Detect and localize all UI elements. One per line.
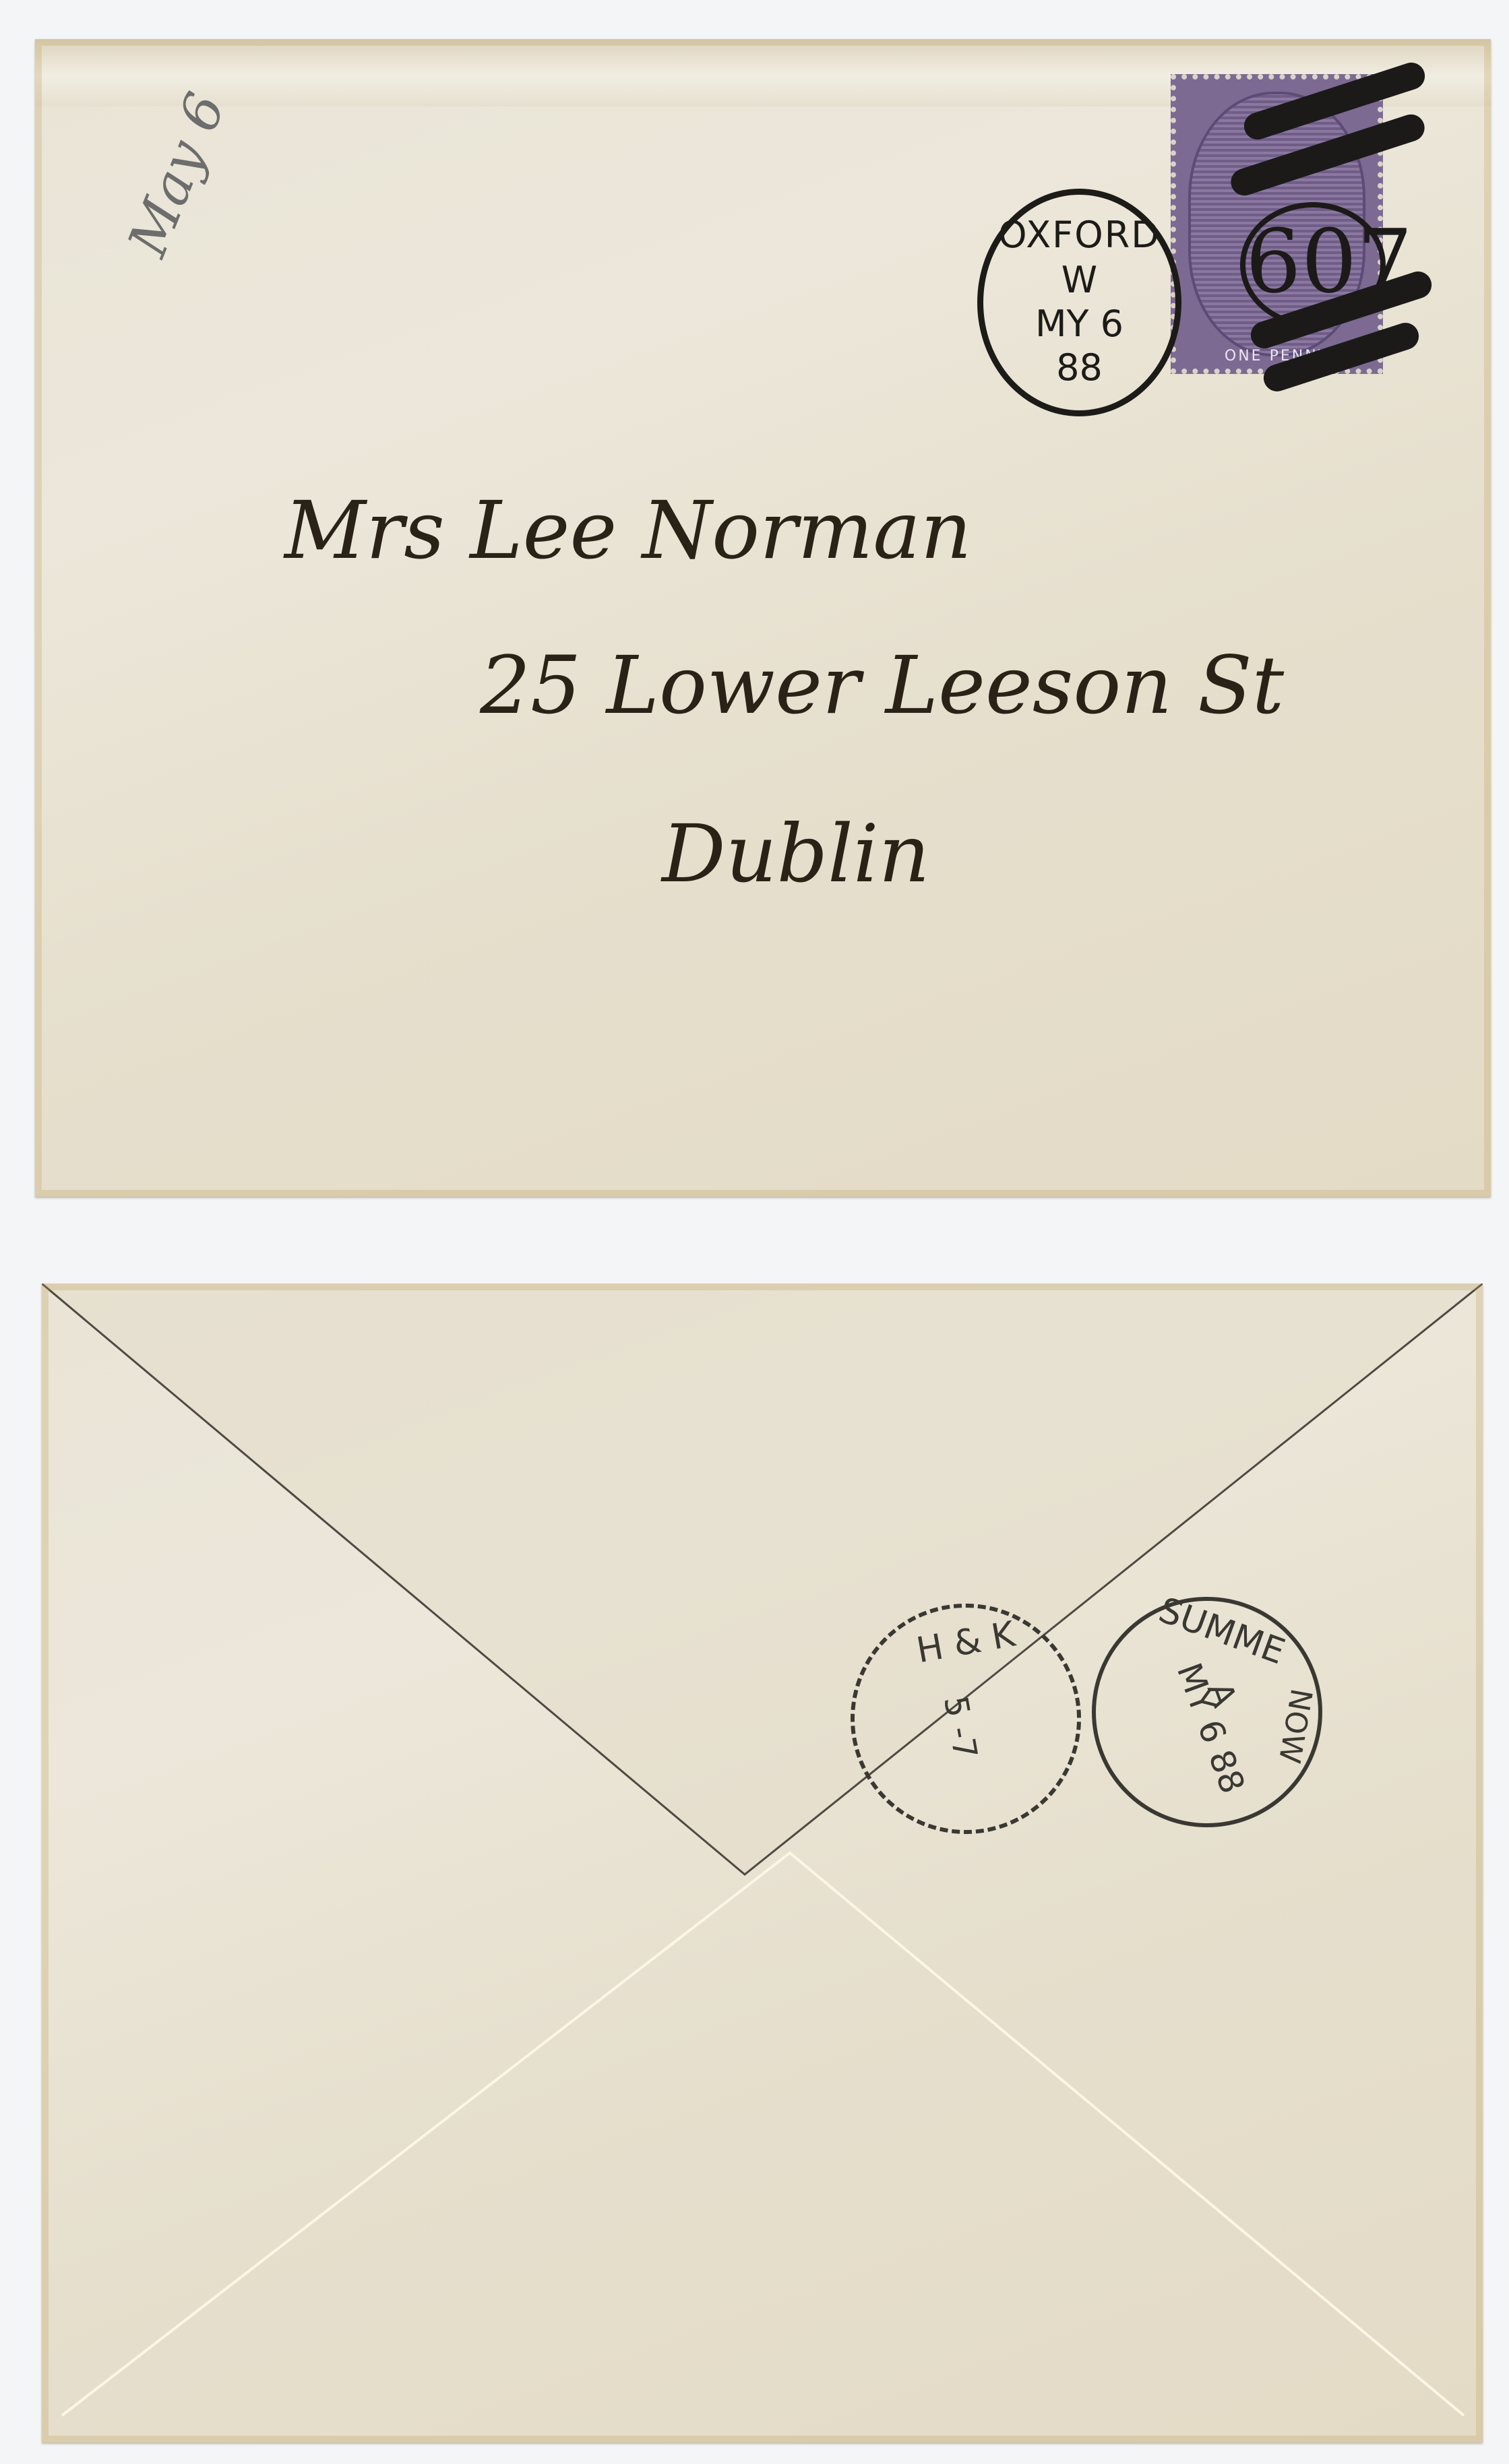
- backstamp-date: MY 6 88: [1169, 1658, 1252, 1799]
- address-street: 25 Lower Leeson St: [480, 639, 1284, 732]
- envelope-flaps: [42, 1284, 1483, 2442]
- hk-backstamp: H & K 5 -7: [851, 1604, 1081, 1834]
- postmark-code: W: [983, 259, 1175, 301]
- postmark-town: OXFORD: [983, 214, 1175, 256]
- duplex-number: 607: [1240, 202, 1386, 327]
- oxford-postmark: OXFORD W MY 6 88: [977, 189, 1181, 416]
- pencil-note: May 6: [116, 84, 237, 265]
- summerhill-backstamp: SUMME A MY 6 88 NOW: [1092, 1597, 1322, 1827]
- postmark-date: MY 6: [983, 303, 1175, 345]
- postmark-year: 88: [983, 346, 1175, 389]
- address-city: Dublin: [662, 807, 930, 900]
- address-recipient: Mrs Lee Norman: [284, 484, 972, 577]
- backstamp-hk-date: 5 -7: [936, 1693, 984, 1762]
- backstamp-rim-text: NOW: [1272, 1686, 1319, 1765]
- envelope-back: [42, 1284, 1483, 2442]
